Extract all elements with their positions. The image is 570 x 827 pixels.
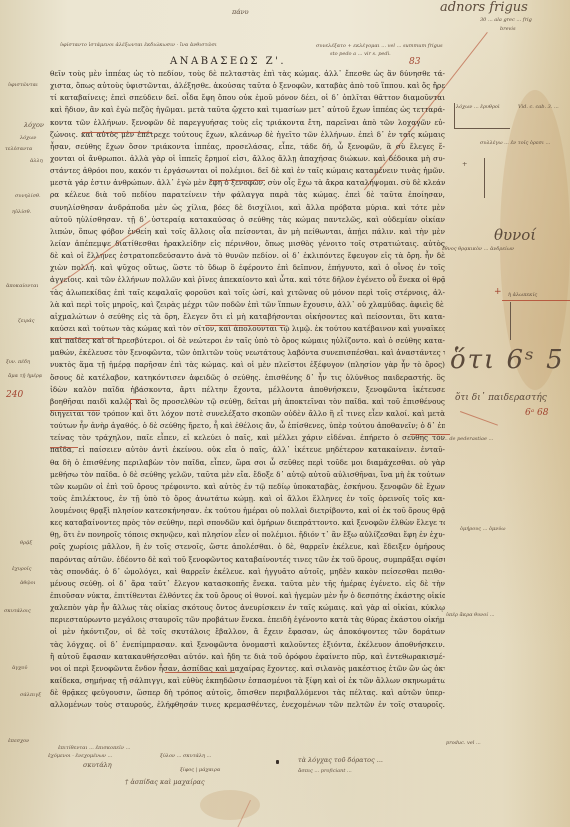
text-line: ροῖς χωρίοις μᾶλλον, ἢ ἐν τοῖς στενοῖς, … xyxy=(50,541,445,553)
left-margin-note: λόχον xyxy=(24,121,44,129)
text-line: παρόντας αὐτῶν. ἐδέοντο δὲ καὶ τοῦ ξενοφ… xyxy=(50,554,445,566)
greek-body-text: θεῖν τοὺς μὲν ἱππέας ὡς τὸ πεδίον, τοὺς … xyxy=(50,68,445,724)
right-margin-note: ὅτι δι᾽ παιδεραστής xyxy=(455,393,547,403)
text-line: τὰς λόγχας. οἱ δ᾽ ἐνεπίμπρασαν. καὶ ξενο… xyxy=(50,639,445,651)
document-page: πάνυ adnors frigus 30 ... ala grec ... f… xyxy=(0,0,570,827)
text-line: κοντα τῶν ἑλλήνων. ξενοφῶν δὲ παρεγγυήσα… xyxy=(50,117,445,129)
red-margin-number: 6ᵃ 68 xyxy=(525,408,548,418)
text-line: συνηλίσθησαν ἀνδράποδα μὲν ὡς χίλια, βόε… xyxy=(50,202,445,214)
left-margin-note: ἀποκαίονται xyxy=(6,283,38,289)
bottom-margin-note: ξίφος | μάχαιρα xyxy=(180,767,220,773)
red-underline xyxy=(502,300,570,301)
left-margin-note: ἀλλη xyxy=(30,158,43,164)
right-margin-note: ἡ ἀλωπεκίς xyxy=(508,292,537,298)
text-line: τί καταβαίνεις; ἐπεὶ σπεύδειν δεῖ. οἶδα … xyxy=(50,92,445,104)
text-line: χαλεπὸν γὰρ ἦν ἄλλως τὰς οἰκίας σκότους … xyxy=(50,602,445,614)
text-line: χιστα, ὅπως αὐτοὺς ὑφιστῶνται, ἀλέξησθε.… xyxy=(50,80,445,92)
red-margin-number: 240 xyxy=(6,390,23,400)
bottom-margin-note: ξύλον ... σκυτάλη ... xyxy=(160,753,211,759)
text-line: ἐπιοῦσαν νύκτα, ἐπιτίθενται ἐλθόντες ἐκ … xyxy=(50,590,445,602)
left-margin-note: ἀθῷοι xyxy=(20,580,35,586)
top-right-title: adnors frigus xyxy=(440,0,528,15)
book-heading: ΑΝΑΒΑΣΕΩΣ Ζ'. xyxy=(170,56,286,67)
text-line: θεῖν τοὺς μὲν ἱππέας ὡς τὸ πεδίον, τοὺς … xyxy=(50,68,445,80)
text-line: οἱ μὲν ἠκόντιζον, οἱ δὲ τοῖς σκυτάλοις ἔ… xyxy=(50,626,445,638)
red-underline xyxy=(210,180,265,181)
paper-stain xyxy=(200,790,260,820)
bottom-margin-note: † ἀσπίδας καὶ μαχαίρας xyxy=(125,778,205,786)
left-margin-note: ζειράς xyxy=(18,318,34,324)
red-underline xyxy=(205,325,285,326)
text-line: ρα κέλευε διὰ τοῦ πεδίου παρατείνειν τὴν… xyxy=(50,189,445,201)
text-line: τὰς ἀλωπεκίδας ἐπὶ ταῖς κεφαλαῖς φοροῦσι… xyxy=(50,287,445,299)
red-underline xyxy=(50,410,100,411)
bottom-margin-note: ἐχόμενοι · ἐνεχομένων ... xyxy=(48,753,112,759)
right-margin-note: συλλέγω ... ἐν τοῖς ὀρεσι ... xyxy=(480,140,550,146)
right-margin-note: ὁμήρους ... ὀμνύω xyxy=(460,526,505,532)
text-line: λιπών, ὅπως φόβον ἐνθείη καὶ τοῖς ἄλλοις… xyxy=(50,226,445,238)
text-line: κες καταβαίνοντες πρὸς τὸν σεύθην, περὶ … xyxy=(50,517,445,529)
red-plus-mark: + xyxy=(494,287,502,297)
text-line: νοι οἱ περὶ ξενοφῶντα ἔνδον ἦσαν, ἀσπίδα… xyxy=(50,663,445,675)
bottom-margin-note: ἐπιτίθενται ... ἐπισκοπεῖν ... xyxy=(58,745,130,751)
bracket-mark xyxy=(484,158,486,198)
text-line: μένους σεύθῃ. οἱ δ᾽ ἄρα ταῦτ᾽ ἔλεγον κατ… xyxy=(50,578,445,590)
left-margin-note: ἅμα τῇ ἡμέρᾳ xyxy=(8,373,42,379)
right-margin-note: produc. vel ... xyxy=(446,740,481,746)
red-underline xyxy=(165,672,235,673)
text-line: δὲ καὶ οἱ ἕλληνες ἐστρατοπεδεύσαντο ἀνὰ … xyxy=(50,250,445,262)
text-line: μαθών, ἐκέλευσε τὸν ξενοφῶντα, τῶν ὁπλιτ… xyxy=(50,347,445,359)
text-line: αἰχμαλώτων ὁ σεύθης εἰς τὰ ὄρη, ἔλεγεν ὅ… xyxy=(50,311,445,323)
red-underline xyxy=(50,338,120,339)
plus-mark: + xyxy=(462,160,467,168)
text-line: αὐτοῦ ηὐλίσθησαν. τῇ δ᾽ ὑστεραίᾳ κατακαύ… xyxy=(50,214,445,226)
text-line: καίδεκα, σημήνας τῇ σάλπιγγι, καὶ εὐθὺς … xyxy=(50,675,445,687)
text-line: τῶν κωμῶν οἱ ἐπὶ τοῦ ὄρους τρέφοιντο. κα… xyxy=(50,481,445,493)
right-margin-note: ὑπὲρ ἄκρα θυνοί ... xyxy=(446,612,495,618)
text-line: παῖδα, εἰ παίσειεν αὐτὸν ἀντὶ ἐκείνου. ο… xyxy=(50,444,445,456)
top-far-right-note: 30 ... ala grec ... frig xyxy=(480,17,532,23)
top-right-interlinear-sub: sto pedo a ... vir s. pedi. xyxy=(330,51,391,57)
left-margin-note: λόχων xyxy=(20,135,36,141)
right-margin-note: ... de pederastiae ... xyxy=(443,436,493,442)
text-line: στάντες ἀθρόοι που, κακόν τι ἐργάσωνται … xyxy=(50,165,445,177)
bracket-mark xyxy=(454,103,510,129)
text-line: λὰ καὶ περὶ τοῖς μηροῖς, καὶ ζειρὰς μέχρ… xyxy=(50,299,445,311)
bottom-margin-note: σκυτάλη xyxy=(83,761,112,769)
top-left-interlinear-note: ὑφίσταντο ἱστάμενοι ἀλέξωνται ἐκδιώκωσιν… xyxy=(60,42,217,48)
top-right-interlinear-note: συνελέξατο + εκλέγομαι ... vel ... summu… xyxy=(316,43,443,49)
text-line: διηγεῖται τὸν τρόπον καὶ ὅτι λόχον ποτὲ … xyxy=(50,408,445,420)
red-underline xyxy=(410,434,450,435)
left-margin-note: ὑφιστῶνται xyxy=(8,82,38,88)
left-margin-note: ἐχυροῖς xyxy=(12,566,31,572)
bottom-margin-note: τὰ λόγχας τοῦ δόρατος ... xyxy=(298,756,383,764)
text-line: τείνας τὸν τράχηλον, παῖε εἶπεν, εἰ κελε… xyxy=(50,432,445,444)
text-line: θα δὴ ὁ ἐπισθένης περιλαβὼν τὸν παῖδα, ε… xyxy=(50,457,445,469)
left-margin-note: ξυν. πέδη xyxy=(6,359,30,365)
left-margin-note: συνηλίσθ. xyxy=(15,193,41,199)
bottom-margin-note: ἄσπις ... proficiant ... xyxy=(298,768,352,774)
text-line: χονται οἱ ἄνθρωποι. ἀλλὰ γὰρ οἱ ἱππεῖς ἔ… xyxy=(50,153,445,165)
text-line: χιὼν πολλή. καὶ ψῦχος οὕτως, ὥστε τὸ ὕδω… xyxy=(50,262,445,274)
text-line: αλλομένων τοὺς σταυρούς, ἐλήφθησάν τινες… xyxy=(50,699,445,711)
text-line: ἦσαν, σεύθης ἔχων ὅσον τριάκοντα ἱππέας,… xyxy=(50,141,445,153)
text-line: ζώνοις. καὶ αὐτὸς μὲν ἐπέτρεχε τούτους ἔ… xyxy=(50,129,445,141)
text-line: μεθήσω τὸν παῖδα. ὁ δὲ σεύθης γελῶν, ταῦ… xyxy=(50,469,445,481)
left-margin-note: ἐπεσχον xyxy=(8,738,29,744)
text-line: νυκτὸς ἅμα τῇ ἡμέρᾳ παρῆσαν ἐπὶ τὰς κώμα… xyxy=(50,359,445,371)
text-line: ἢ αὐτοῦ ἔφασαν κατακαυθήσεσθαι αὐτόν. κα… xyxy=(50,651,445,663)
left-margin-note: τελέσαντα xyxy=(5,146,32,152)
left-margin-note: ηὐλίσθ. xyxy=(12,209,31,215)
text-line: τὰς σπονδάς. ὁ δ᾽ ὡμολόγει, καὶ θαρρεῖν … xyxy=(50,566,445,578)
left-margin-note: σκυτάλοις xyxy=(4,608,31,614)
text-line: λουμένοις θρᾳξὶ πλησίον κατεσκήνησαν. ἐκ… xyxy=(50,505,445,517)
text-line: περιεσταύρωντο μεγάλοις σταυροῖς τῶν προ… xyxy=(50,614,445,626)
ink-dot xyxy=(276,760,279,764)
top-far-right-note-2: brevis xyxy=(500,26,516,32)
text-line: δὲ θρᾷκες φεύγουσιν, ὥσπερ δὴ τρόπος αὐτ… xyxy=(50,687,445,699)
left-margin-note: σάλπιγξ xyxy=(20,692,41,698)
text-line: βοηθῆσαι παιδὶ καλῷ. καὶ ὃς προσελθὼν τῷ… xyxy=(50,396,445,408)
text-line: θῃ, ὅτι ἐν πονηροῖς τόποις σκηνῷεν, καὶ … xyxy=(50,529,445,541)
bracket-mark xyxy=(510,302,512,340)
text-line: καὶ παῖδες καὶ οἱ πρεσβύτεροι. οἱ δὲ νεώ… xyxy=(50,335,445,347)
text-line: ὅσους δὲ κατέλαβον, κατηκόντισεν ἀφειδῶς… xyxy=(50,372,445,384)
text-line xyxy=(50,711,445,723)
left-margin-note: θρᾷξ xyxy=(20,540,32,546)
text-line: τούτων ἦν ἀνὴρ ἀγαθός. ὁ δὲ σεύθης ἤρετο… xyxy=(50,420,445,432)
text-line: ἰδὼν καλὸν παῖδα ἡβάσκοντα, ἄρτι πέλτην … xyxy=(50,384,445,396)
text-line: τοὺς ἐπιλέκτους, ἐν τῇ ὑπὸ τὸ ὄρος ἀνωτά… xyxy=(50,493,445,505)
right-margin-heading: θυνοί xyxy=(494,226,536,244)
red-underline xyxy=(82,132,152,133)
red-page-number: 83 xyxy=(409,57,420,67)
right-margin-large-note: ὅτι 6ˢ 5 | 9 xyxy=(450,345,570,375)
left-margin-note: ἀγχοῦ xyxy=(12,665,27,671)
right-margin-note: Vid. c. cab. 3. ... xyxy=(518,104,559,110)
top-center-note: πάνυ xyxy=(232,8,249,16)
red-pen-stroke xyxy=(460,411,498,426)
right-margin-note: ἔθνος θρᾳκικὸν ... ἀνδρείων xyxy=(442,246,514,252)
text-line: καὶ ἥδιον, ἂν καὶ ἐγὼ πεζὸς ἡγῶμαι. μετὰ… xyxy=(50,104,445,116)
red-underline xyxy=(50,447,78,448)
red-bracket-mark xyxy=(130,399,141,410)
text-line: ἀγγείοις. καὶ τῶν ἑλλήνων πολλῶν καὶ ῥῖν… xyxy=(50,274,445,286)
